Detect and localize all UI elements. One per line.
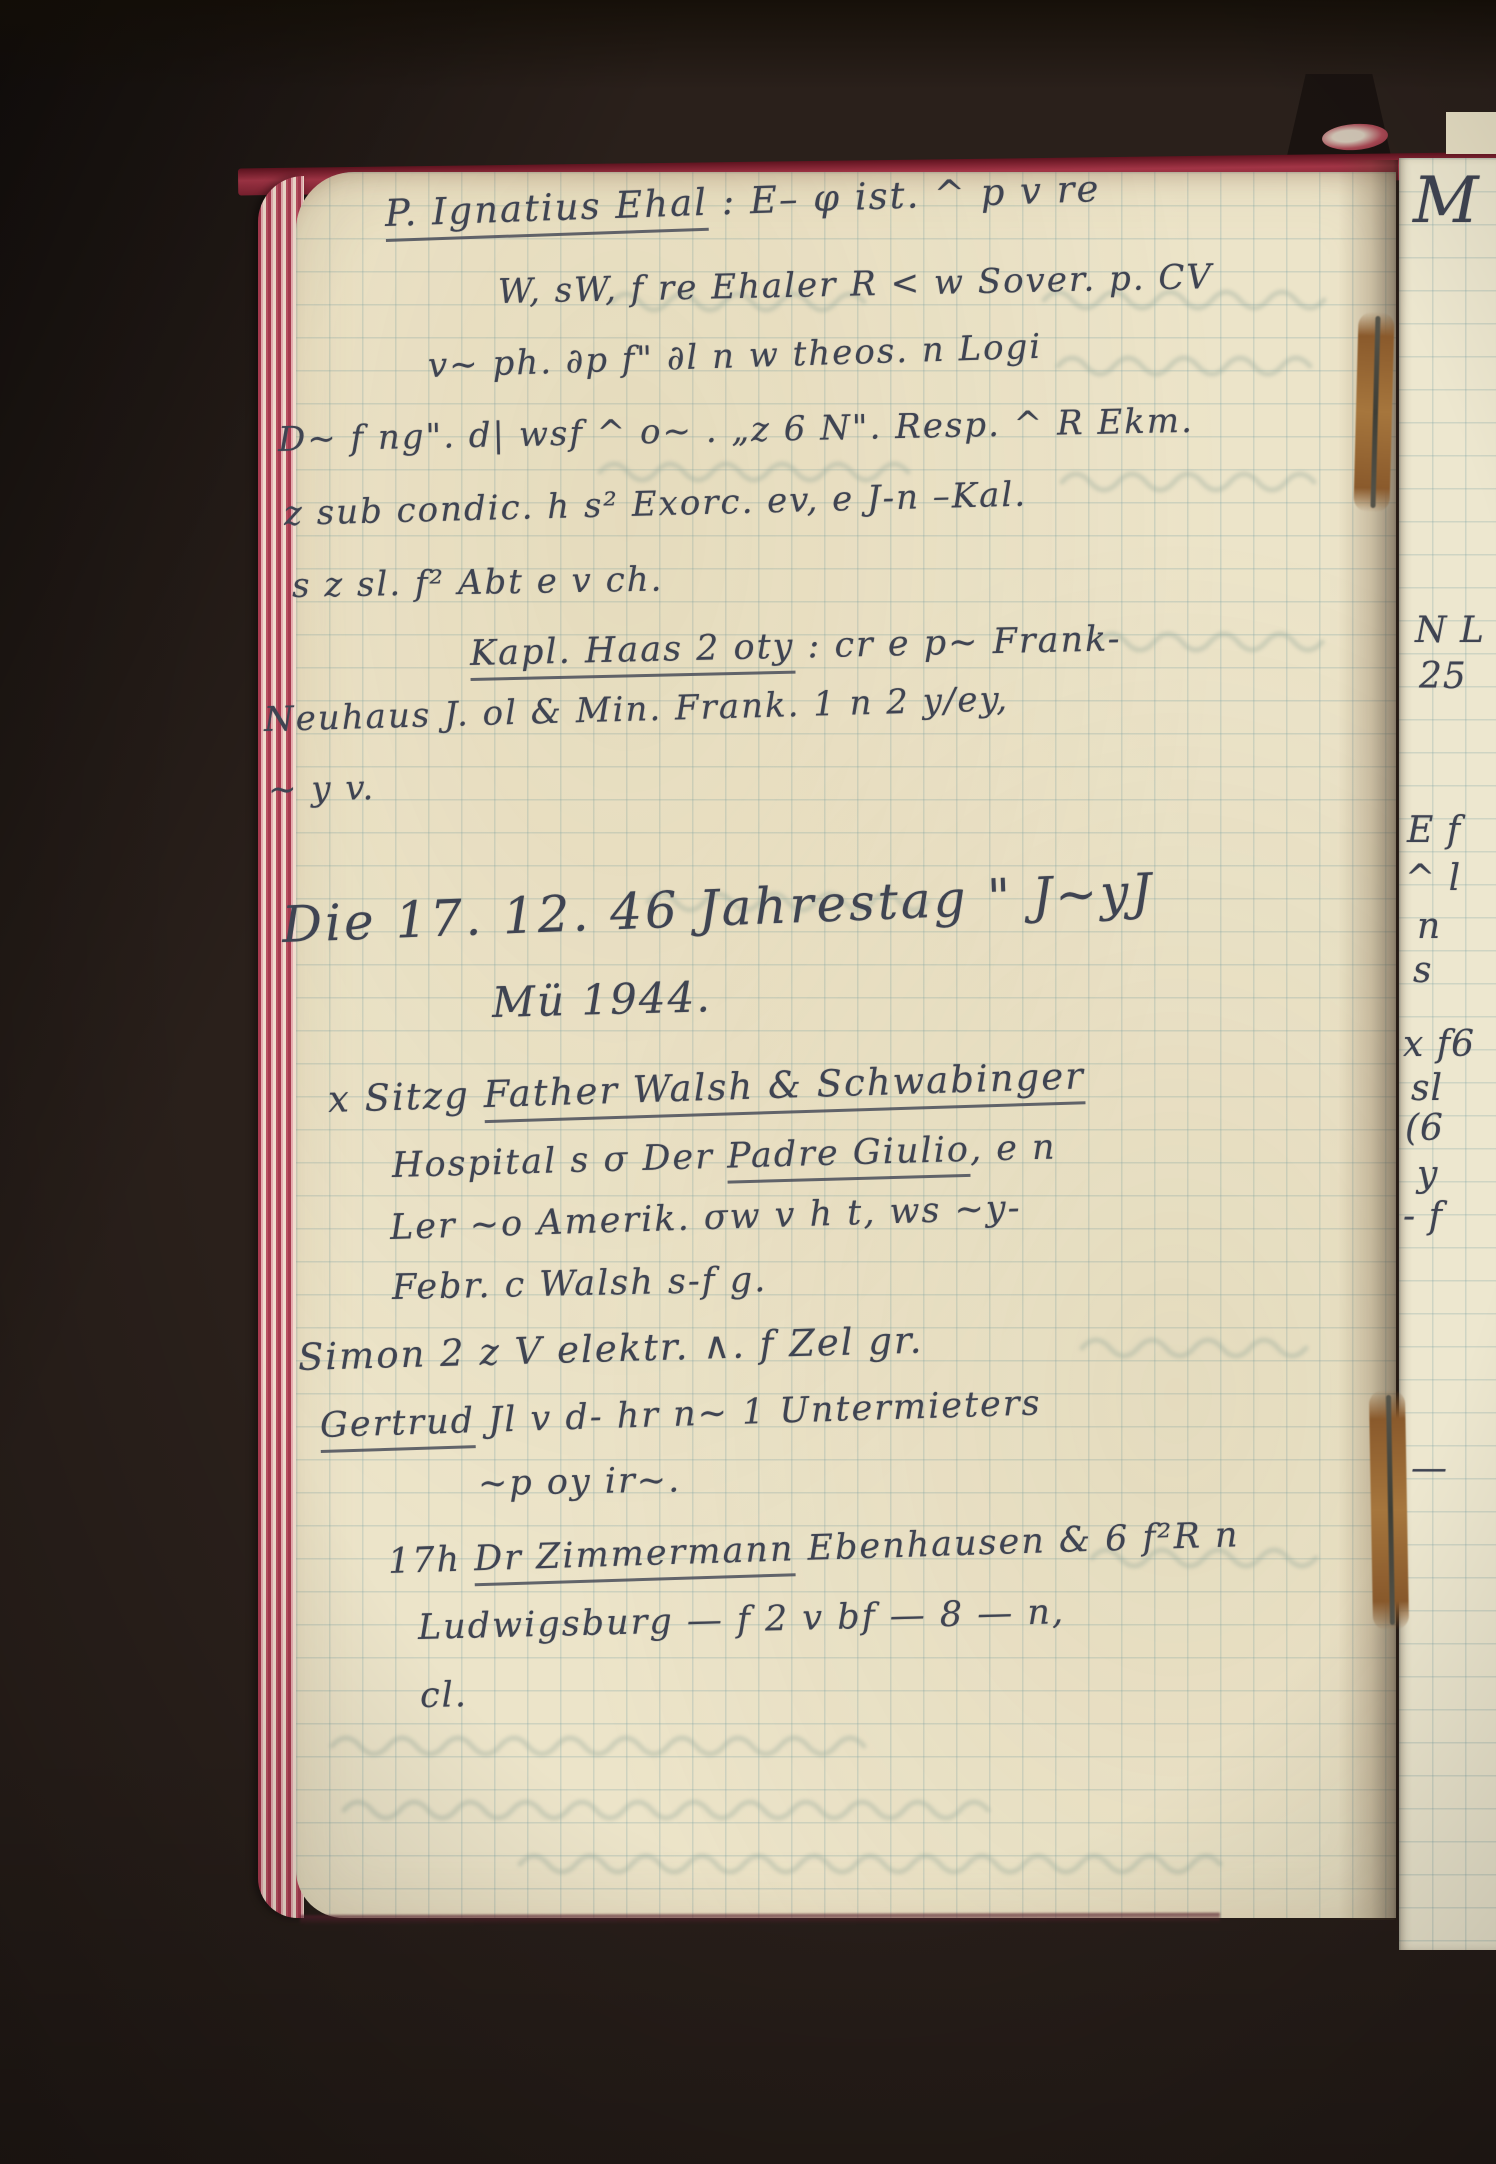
rust-tape-stain xyxy=(1353,312,1394,513)
handwriting-fragment: N L xyxy=(1415,610,1485,651)
handwriting-fragment: s xyxy=(1413,950,1432,991)
handwriting-fragment: M xyxy=(1413,164,1480,238)
underlined-name: Dr Zimmermann xyxy=(474,1529,796,1586)
handwriting-fragment: sl xyxy=(1411,1068,1443,1109)
handwriting-text: ~p oy ir~. xyxy=(478,1460,682,1504)
handwriting-text: x Sitzg xyxy=(327,1073,484,1121)
back-page-top-sliver xyxy=(1446,112,1496,154)
handwriting-line: cl. xyxy=(420,1675,469,1716)
underlined-name: Padre Giulio xyxy=(726,1130,970,1184)
handwriting-fragment: x f6 xyxy=(1403,1024,1475,1065)
handwriting-text: Febr. c Walsh s-f g. xyxy=(392,1260,768,1308)
right-page: MN L25E f^ lnsx f6sl(6y- f— xyxy=(1399,158,1496,1950)
underlined-name: Gertrud xyxy=(319,1401,476,1453)
handwriting-text: Mü 1944. xyxy=(491,972,712,1027)
handwriting-text: ~ y v. xyxy=(268,768,376,810)
handwriting-line: ~ y v. xyxy=(268,768,376,810)
handwriting-line: Febr. c Walsh s-f g. xyxy=(392,1260,768,1308)
handwriting-fragment: 25 xyxy=(1419,656,1467,697)
top-shadow xyxy=(0,0,1496,90)
handwriting-text: cl. xyxy=(420,1675,469,1716)
handwriting-fragment: y xyxy=(1417,1154,1438,1195)
handwriting-line: Mü 1944. xyxy=(491,972,712,1027)
handwriting-line: ~p oy ir~. xyxy=(478,1460,682,1504)
handwriting-fragment: ^ l xyxy=(1405,858,1461,899)
handwriting-text: , e n xyxy=(969,1127,1057,1169)
handwriting-line: s z sl. f² Abt e v ch. xyxy=(292,560,664,606)
handwriting-fragment: (6 xyxy=(1405,1108,1444,1149)
underlined-name: Kapl. Haas 2 oty xyxy=(470,627,795,681)
handwriting-fragment: - f xyxy=(1403,1196,1443,1237)
handwriting-text: s z sl. f² Abt e v ch. xyxy=(292,560,664,606)
handwriting-fragment: E f xyxy=(1407,810,1461,851)
handwriting-text: 17h xyxy=(387,1539,474,1582)
handwriting-text: : cr e p~ Frank- xyxy=(794,619,1122,666)
handwriting-fragment: — xyxy=(1411,1448,1448,1489)
photo-backdrop: { "photo": { "background_color": "#2a201… xyxy=(0,0,1496,2164)
handwriting-fragment: n xyxy=(1417,906,1441,947)
rust-tape-stain xyxy=(1369,1390,1409,1631)
